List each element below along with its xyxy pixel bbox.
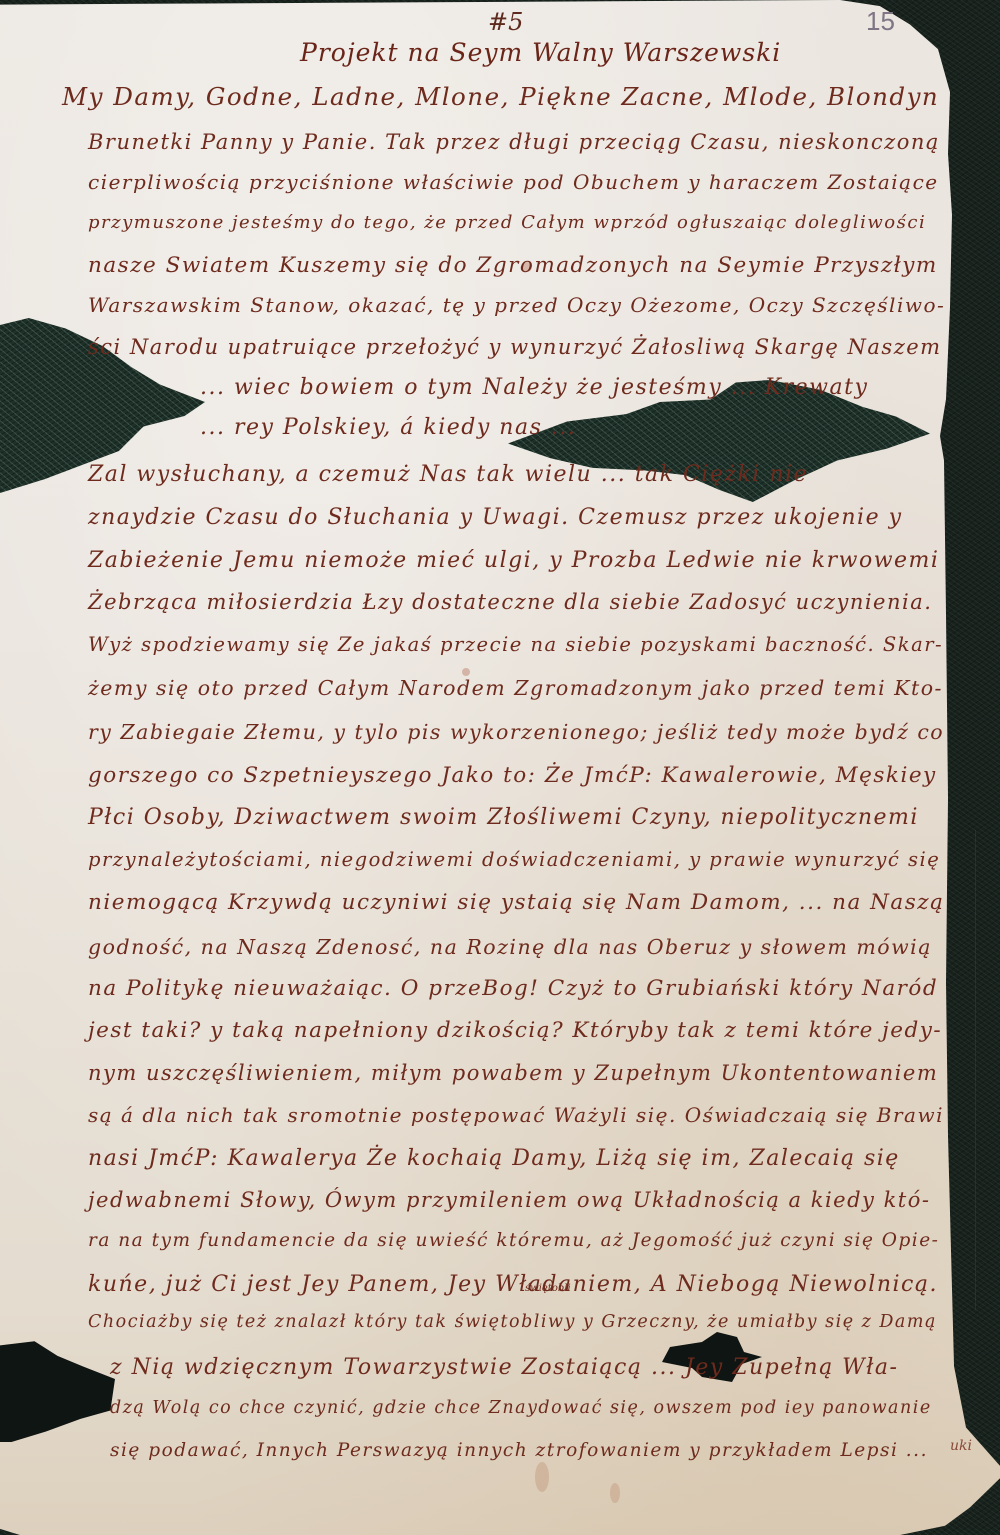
text-line: na Politykę nieuważaiąc. O przeBog! Czyż… [88, 976, 938, 1001]
text-line: jedwabnemi Słowy, Ówym przymileniem ową … [88, 1188, 930, 1212]
text-line: ry Zabiegaie Złemu, y tylo pis wykorzeni… [88, 720, 944, 744]
manuscript-text: #5 15 Projekt na Seym Walny Warszewski M… [0, 0, 1000, 1535]
text-line: Chociażby się też znalazł który tak świę… [88, 1312, 937, 1332]
text-line: ra na tym fundamencie da się uwieść któr… [88, 1230, 939, 1251]
text-line: znaydzie Czasu do Słuchania y Uwagi. Cze… [88, 505, 903, 530]
text-line: Warszawskim Stanow, okazać, tę y przed O… [88, 293, 945, 317]
margin-note: uki [950, 1438, 972, 1454]
text-line: niemogącą Krzywdą uczyniwi się ystaią si… [88, 890, 944, 915]
text-line: przynależytościami, niegodziwemi doświad… [88, 848, 940, 871]
text-line: nasi JmćP: Kawalerya Że kochaią Damy, Li… [88, 1146, 900, 1171]
text-line: Żebrząca miłosierdzia Łzy dostateczne dl… [88, 590, 932, 614]
text-line: przymuszone jesteśmy do tego, że przed C… [88, 212, 926, 233]
text-line: Brunetki Panny y Panie. Tak przez długi … [88, 130, 940, 154]
text-line: dzą Wolą co chce czynić, gdzie chce Znay… [110, 1398, 932, 1418]
text-line: cierpliwością przyciśnione właściwie pod… [88, 170, 939, 194]
text-line: Wyż spodziewamy się Ze jakaś przecie na … [88, 633, 943, 656]
text-line: żemy się oto przed Całym Narodem Zgromad… [88, 676, 943, 700]
text-line: się podawać, Innych Perswazyą innych ztr… [110, 1440, 928, 1461]
text-line: Płci Osoby, Dziwactwem swoim Złośliwemi … [88, 805, 919, 830]
folio-number: 15 [866, 6, 895, 37]
text-line: Zabieżenie Jemu niemoże mieć ulgi, y Pro… [88, 548, 939, 573]
text-line: My Damy, Godne, Ladne, Mlone, Piękne Zac… [62, 82, 939, 111]
text-line: są á dla nich tak sromotnie postępować W… [88, 1103, 944, 1127]
text-line: Zal wysłuchany, a czemuż Nas tak wielu .… [88, 462, 808, 487]
text-line: gorszego co Szpetnieyszego Jako to: Że J… [88, 763, 937, 788]
text-line: nasze Swiatem Kuszemy się do Zgromadzony… [88, 253, 938, 278]
text-line: ... rey Polskiey, á kiedy nas ... [200, 415, 576, 440]
text-line: ... wiec bowiem o tym Należy że jesteśmy… [200, 375, 868, 400]
text-line: kuńe, już Ci jest Jey Panem, Jey Władani… [88, 1272, 938, 1297]
text-line: jest taki? y taką napełniony dzikością? … [88, 1018, 942, 1043]
text-line: ści Narodu upatruiące przełożyć y wynurz… [88, 335, 942, 359]
document-title: Projekt na Seym Walny Warszewski [300, 38, 781, 67]
text-line: godność, na Naszą Zdenosć, na Rozinę dla… [88, 935, 932, 959]
text-line: nym uszczęśliwieniem, miłym powabem y Zu… [88, 1061, 938, 1085]
number-mark: #5 [488, 8, 523, 36]
interlinear-correction: świętobli [525, 1283, 571, 1294]
text-line: z Nią wdzięcznym Towarzystwie Zostaiącą … [110, 1355, 898, 1380]
